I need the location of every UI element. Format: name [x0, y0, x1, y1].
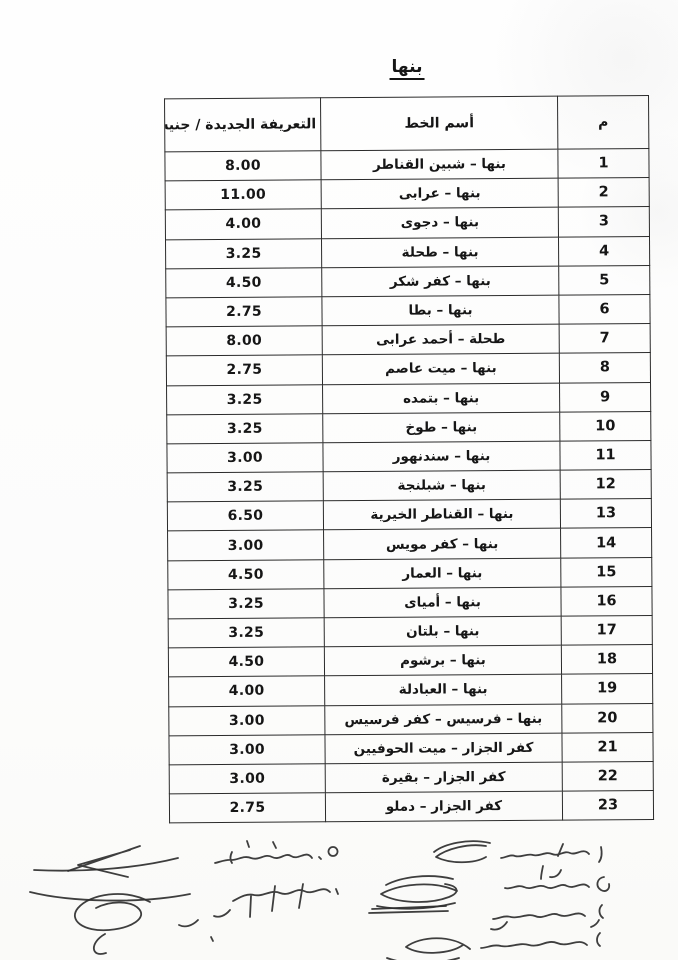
table-row: 20بنها – فرسيس – كفر فرسيس3.00: [169, 703, 653, 736]
line-name: بنها – العبادلة: [325, 674, 562, 705]
row-number: 9: [560, 382, 651, 412]
signature-right-item-4: [387, 933, 600, 960]
row-number: 16: [561, 586, 652, 616]
line-name: كفر الجزار – دملو: [325, 791, 562, 822]
table-row: 6بنها – بطا2.75: [166, 294, 650, 327]
line-name: بنها – فرسيس – كفر فرسيس: [325, 704, 562, 735]
row-number: 14: [561, 528, 652, 558]
fare-value: 3.00: [167, 443, 323, 473]
signature-right-item-1: [434, 841, 602, 862]
table-row: 2بنها – عرابى11.00: [165, 178, 649, 211]
fare-value: 6.50: [167, 501, 323, 531]
row-number: 17: [561, 615, 652, 645]
table-row: 14بنها – كفر مويس3.00: [168, 528, 652, 561]
table-row: 18بنها – برشوم4.50: [168, 645, 652, 678]
fare-value: 3.00: [169, 705, 325, 735]
row-number: 21: [562, 732, 653, 762]
line-name: بنها – كفر شكر: [322, 266, 559, 297]
fare-value: 3.00: [169, 735, 325, 765]
signature-right-item-2: [369, 866, 609, 913]
row-number: 18: [561, 645, 652, 675]
table-row: 21كفر الجزار – ميت الحوفيين3.00: [169, 732, 653, 765]
row-number: 1: [558, 148, 649, 178]
line-name: طحلة – أحمد عرابى: [322, 324, 559, 355]
table-row: 8بنها – ميت عاصم2.75: [166, 353, 650, 386]
table-header-row: م أسم الخط التعريفة الجديدة / جنيه: [165, 95, 649, 151]
line-name: بنها – كفر مويس: [324, 529, 561, 560]
line-name: بنها – شبين القناطر: [321, 149, 558, 180]
row-number: 11: [560, 440, 651, 470]
fare-value: 3.25: [167, 384, 323, 414]
fare-value: 4.50: [166, 268, 322, 298]
row-number: 15: [561, 557, 652, 587]
handwritten-signatures-area: [0, 830, 678, 960]
fare-value: 3.25: [168, 618, 324, 648]
table-row: 5بنها – كفر شكر4.50: [166, 265, 650, 298]
column-header-number: م: [558, 95, 649, 149]
table-row: 19بنها – العبادلة4.00: [169, 674, 653, 707]
fare-value: 11.00: [165, 180, 321, 210]
table-row: 12بنها – شبلنجة3.25: [167, 470, 651, 503]
fare-value: 4.00: [169, 676, 325, 706]
table-row: 17بنها – بلتان3.25: [168, 615, 652, 648]
line-name: بنها – دجوى: [321, 208, 558, 239]
row-number: 20: [562, 703, 653, 733]
fare-value: 3.00: [169, 764, 325, 794]
fare-value: 8.00: [166, 326, 322, 356]
fare-value: 4.00: [165, 209, 321, 239]
row-number: 2: [558, 178, 649, 208]
line-name: بنها – شبلنجة: [323, 470, 560, 501]
column-header-new-fare: التعريفة الجديدة / جنيه: [165, 98, 321, 152]
row-number: 22: [562, 761, 653, 791]
line-name: بنها – القناطر الخيرية: [323, 499, 560, 530]
row-number: 3: [558, 207, 649, 237]
line-name: بنها – سندنهور: [323, 441, 560, 472]
row-number: 7: [559, 324, 650, 354]
fare-value: 3.25: [168, 589, 324, 619]
line-name: بنها – طوخ: [323, 412, 560, 443]
line-name: كفر الجزار – ميت الحوفيين: [325, 733, 562, 764]
row-number: 5: [559, 265, 650, 295]
line-name: بنها – أمياى: [324, 587, 561, 618]
table-row: 13بنها – القناطر الخيرية6.50: [167, 499, 651, 532]
row-number: 19: [562, 674, 653, 704]
fare-value: 3.25: [165, 238, 321, 268]
table-row: 1بنها – شبين القناطر8.00: [165, 148, 649, 181]
row-number: 6: [559, 294, 650, 324]
signature-left-item-5: [34, 841, 338, 877]
row-number: 10: [560, 411, 651, 441]
table-row: 7طحلة – أحمد عرابى8.00: [166, 324, 650, 357]
line-name: بنها – ميت عاصم: [322, 353, 559, 384]
line-name: بنها – طحلة: [321, 237, 558, 268]
page-title: بنها: [390, 57, 425, 80]
line-name: بنها – بطا: [322, 295, 559, 326]
table-row: 9بنها – بتمده3.25: [167, 382, 651, 415]
table-row: 3بنها – دجوى4.00: [165, 207, 649, 240]
row-number: 8: [559, 353, 650, 383]
row-number: 4: [558, 236, 649, 266]
line-name: بنها – العمار: [324, 558, 561, 589]
line-name: كفر الجزار – بقيرة: [325, 762, 562, 793]
fare-value: 2.75: [169, 793, 325, 823]
fare-value: 4.50: [168, 647, 324, 677]
fare-table: م أسم الخط التعريفة الجديدة / جنيه 1بنها…: [164, 95, 653, 824]
line-name: بنها – برشوم: [324, 645, 561, 676]
fare-value: 2.75: [166, 297, 322, 327]
line-name: بنها – بلتان: [324, 616, 561, 647]
fare-value: 8.00: [165, 151, 321, 181]
fare-value: 3.00: [168, 530, 324, 560]
row-number: 12: [560, 470, 651, 500]
table-row: 16بنها – أمياى3.25: [168, 586, 652, 619]
fare-value: 2.75: [166, 355, 322, 385]
scanned-document-page: بنها م أسم الخط التعريفة الجديدة / جنيه …: [0, 0, 678, 960]
table-row: 22كفر الجزار – بقيرة3.00: [169, 761, 653, 794]
fare-value: 3.25: [167, 472, 323, 502]
fare-value: 4.50: [168, 559, 324, 589]
fare-table-grid: م أسم الخط التعريفة الجديدة / جنيه 1بنها…: [164, 95, 654, 824]
table-row: 10بنها – طوخ3.25: [167, 411, 651, 444]
table-row: 15بنها – العمار4.50: [168, 557, 652, 590]
table-row: 4بنها – طحلة3.25: [165, 236, 649, 269]
row-number: 13: [560, 499, 651, 529]
line-name: بنها – عرابى: [321, 178, 558, 209]
signature-left-item-6: [30, 884, 338, 954]
column-header-line-name: أسم الخط: [321, 96, 558, 151]
signature-right-item-3: [491, 905, 603, 930]
row-number: 23: [562, 791, 653, 821]
fare-value: 3.25: [167, 413, 323, 443]
table-row: 23كفر الجزار – دملو2.75: [169, 791, 653, 824]
line-name: بنها – بتمده: [323, 383, 560, 414]
table-row: 11بنها – سندنهور3.00: [167, 440, 651, 473]
